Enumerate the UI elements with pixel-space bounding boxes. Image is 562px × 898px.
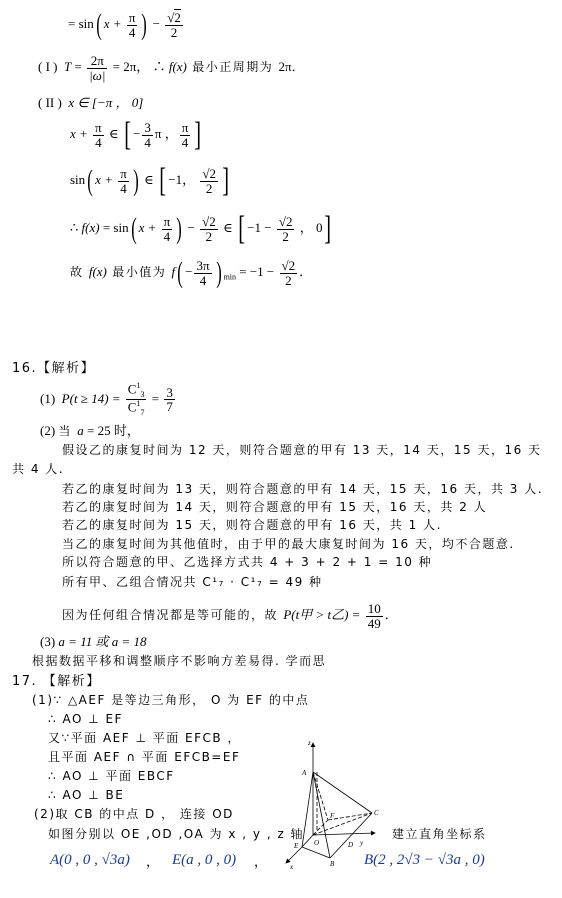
svg-text:O: O: [314, 839, 319, 847]
svg-text:F: F: [329, 812, 335, 820]
q16-probability: 因为任何组合情况都是等可能的，故 P(t甲 > t乙) = 1049．: [62, 602, 398, 630]
q16-line: 当乙的康复时间为其他值时，由于甲的最大康复时间为 16 天，均不合题意.: [62, 538, 515, 550]
svg-text:y: y: [359, 839, 364, 847]
q16-part2: (2) 当 a = 25 时，: [40, 424, 140, 437]
q17-line: (1)∵ △AEF 是等边三角形， O 为 EF 的中点: [32, 694, 309, 706]
q17-line: 且平面 AEF ∩ 平面 EFCB=EF: [48, 751, 240, 763]
q16-part3: (3) a = 11 或 a = 18: [40, 635, 147, 648]
q17-line: (2)取 CB 的中点 D ， 连接 OD: [34, 808, 234, 820]
point-E: E(a , 0 , 0): [172, 853, 236, 868]
svg-text:D: D: [347, 841, 353, 849]
svg-text:C: C: [374, 809, 379, 817]
q16-note: 根据数据平移和调整顺序不影响方差易得. 学而思: [32, 655, 326, 667]
eq-line-sin: = sin(x + π4) − √22: [68, 10, 185, 40]
eq-line-range1: x + π4 ∈ [−34π ，π4]: [70, 118, 204, 152]
svg-text:z: z: [307, 739, 311, 747]
coordinate-system-label: 建立直角坐标系: [392, 828, 487, 840]
q17-line: ∴ AO ⊥ EF: [48, 713, 123, 725]
eq-line-range2: sin(x + π4) ∈ [−1， √22]: [70, 164, 231, 198]
part-II: ( II ) x ∈ [−π ， 0]: [38, 96, 143, 109]
svg-text:B: B: [330, 860, 335, 868]
q16-line: 假设乙的康复时间为 12 天，则符合题意的甲有 13 天，14 天，15 天，1…: [62, 444, 542, 456]
q16-heading: 16.【解析】: [12, 362, 95, 375]
eq-line-min: 故 f(x) 最小值为 f(−3π4)min = −1 − √22．: [70, 258, 312, 288]
q16-line: 所有甲、乙组合情况共 C¹₇ · C¹₇ = 49 种: [62, 576, 323, 588]
q17-heading: 17. 【解析】: [12, 675, 101, 688]
q17-line: 又∵平面 AEF ⊥ 平面 EFCB ，: [48, 732, 241, 744]
svg-text:A: A: [301, 769, 307, 777]
q16-line: 共 4 人.: [12, 463, 64, 475]
pyramid-diagram: z A F C O D y E B x: [280, 735, 390, 870]
q16-line: 所以符合题意的甲、乙选择方式共 4 + 3 + 2 + 1 = 10 种: [62, 556, 432, 568]
q16-line: 若乙的康复时间为 15 天，则符合题意的甲有 16 天，共 1 人.: [62, 519, 442, 531]
eq-line-fx-range: ∴ f(x) = sin(x + π4) − √22 ∈ [−1 − √22 ，…: [70, 212, 334, 246]
q16-line: 若乙的康复时间为 13 天，则符合题意的甲有 14 天，15 天，16 天，共 …: [62, 483, 543, 495]
q17-line: ∴ AO ⊥ BE: [48, 789, 124, 801]
separator: ，: [254, 855, 267, 868]
svg-text:E: E: [293, 842, 299, 850]
separator: ，: [146, 855, 159, 868]
q17-line: ∴ AO ⊥ 平面 EBCF: [48, 770, 175, 782]
q17-line: 如图分别以 OE ,OD ,OA 为 x , y , z 轴: [48, 828, 304, 840]
q16-part1: (1) P(t ≥ 14) = C13C17 = 37: [40, 382, 177, 418]
svg-text:x: x: [289, 863, 294, 870]
q16-line: 若乙的康复时间为 14 天，则符合题意的甲有 15 天，16 天，共 2 人: [62, 501, 487, 513]
part-I: ( I ) T = 2π|ω| = 2π， ∴ f(x) 最小正周期为 2π．: [38, 54, 305, 82]
point-A: A(0 , 0 , √3a): [50, 853, 130, 868]
